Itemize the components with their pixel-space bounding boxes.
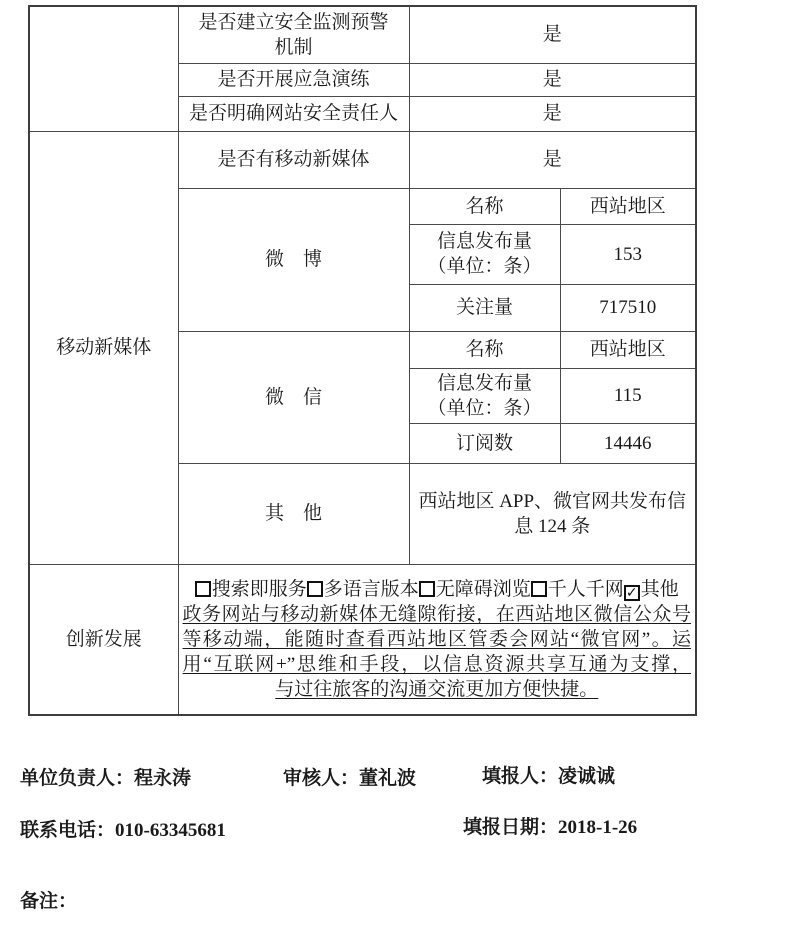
filler: 填报人：凌诚诚 <box>482 761 615 788</box>
row-innovation: 创新发展 搜索即服务多语言版本无障碍浏览千人千网✓其他 政务网站与移动新媒体无缝… <box>29 564 696 715</box>
row-has-mobile-media: 移动新媒体 是否有移动新媒体 是 <box>29 131 696 188</box>
innovation-content: 搜索即服务多语言版本无障碍浏览千人千网✓其他 政务网站与移动新媒体无缝隙衔接，在… <box>178 564 696 715</box>
weibo-label: 微 博 <box>178 188 409 331</box>
report-date: 填报日期：2018-1-26 <box>463 812 637 839</box>
innovation-text-line: 政务网站与移动新媒体无缝隙衔接，在西站地区微信公众号 <box>183 602 692 627</box>
checkbox-other-label: 其他 <box>641 579 679 600</box>
annual-report-table: 是否建立安全监测预警 机制 是 是否开展应急演练 是 是否明确网站安全责任人 是… <box>28 5 697 716</box>
responsible-person-value: 程永涛 <box>134 768 191 789</box>
security-officer-value: 是 <box>409 96 696 131</box>
has-mobile-media-label: 是否有移动新媒体 <box>178 131 409 188</box>
filler-label: 填报人： <box>482 766 558 787</box>
weibo-posts-value: 153 <box>560 224 696 284</box>
weibo-name-label: 名称 <box>409 188 560 224</box>
innovation-checkbox-line: 搜索即服务多语言版本无障碍浏览千人千网✓其他 <box>183 577 692 602</box>
wechat-name-value: 西站地区 <box>560 331 696 368</box>
responsible-person-label: 单位负责人： <box>20 768 134 789</box>
wechat-posts-label: 信息发布量 （单位：条） <box>409 368 560 423</box>
responsible-person: 单位负责人：程永涛 <box>20 763 191 790</box>
wechat-subscribers-label: 订阅数 <box>409 423 560 463</box>
weibo-posts-label: 信息发布量 （单位：条） <box>409 224 560 284</box>
contact-phone: 联系电话：010-63345681 <box>20 815 226 842</box>
weibo-followers-value: 717510 <box>560 284 696 331</box>
remark-label: 备注： <box>20 891 77 912</box>
report-date-label: 填报日期： <box>463 817 558 838</box>
checkbox-accessibility <box>419 581 435 597</box>
remark: 备注： <box>20 886 77 913</box>
wechat-label: 微 信 <box>178 331 409 463</box>
innovation-text-line: 等移动端，能随时查看西站地区管委会网站“微官网”。运 <box>183 627 692 652</box>
category-innovation: 创新发展 <box>29 564 178 715</box>
checkbox-personalized <box>531 581 547 597</box>
auditor: 审核人：董礼波 <box>283 763 416 790</box>
filler-value: 凌诚诚 <box>558 766 615 787</box>
emergency-drill-label: 是否开展应急演练 <box>178 63 409 96</box>
checkbox-accessibility-label: 无障碍浏览 <box>436 579 531 600</box>
wechat-subscribers-value: 14446 <box>560 423 696 463</box>
auditor-value: 董礼波 <box>359 768 416 789</box>
other-media-value: 西站地区 APP、微官网共发布信 息 124 条 <box>409 463 696 564</box>
has-mobile-media-value: 是 <box>409 131 696 188</box>
security-officer-label: 是否明确网站安全责任人 <box>178 96 409 131</box>
auditor-label: 审核人： <box>283 768 359 789</box>
category-mobile-media: 移动新媒体 <box>29 131 178 564</box>
checkbox-multilingual <box>307 581 323 597</box>
checkbox-personalized-label: 千人千网 <box>548 579 624 600</box>
checkbox-multilingual-label: 多语言版本 <box>324 579 419 600</box>
wechat-name-label: 名称 <box>409 331 560 368</box>
contact-phone-label: 联系电话： <box>20 820 115 841</box>
emergency-drill-value: 是 <box>409 63 696 96</box>
checkbox-search-service-label: 搜索即服务 <box>212 579 307 600</box>
weibo-name-value: 西站地区 <box>560 188 696 224</box>
checkbox-search-service <box>195 581 211 597</box>
other-media-label: 其 他 <box>178 463 409 564</box>
wechat-posts-value: 115 <box>560 368 696 423</box>
category-empty-cell <box>29 6 178 131</box>
row-security-monitor: 是否建立安全监测预警 机制 是 <box>29 6 696 63</box>
contact-phone-value: 010-63345681 <box>115 820 226 841</box>
innovation-text-line: 与过往旅客的沟通交流更加方便快捷。 <box>183 677 692 702</box>
security-monitor-value: 是 <box>409 6 696 63</box>
checkbox-other: ✓ <box>624 585 640 601</box>
weibo-followers-label: 关注量 <box>409 284 560 331</box>
report-date-value: 2018-1-26 <box>558 817 637 838</box>
security-monitor-label: 是否建立安全监测预警 机制 <box>178 6 409 63</box>
innovation-text-line: 用“互联网+”思维和手段，以信息资源共享互通为支撑， <box>183 652 692 677</box>
